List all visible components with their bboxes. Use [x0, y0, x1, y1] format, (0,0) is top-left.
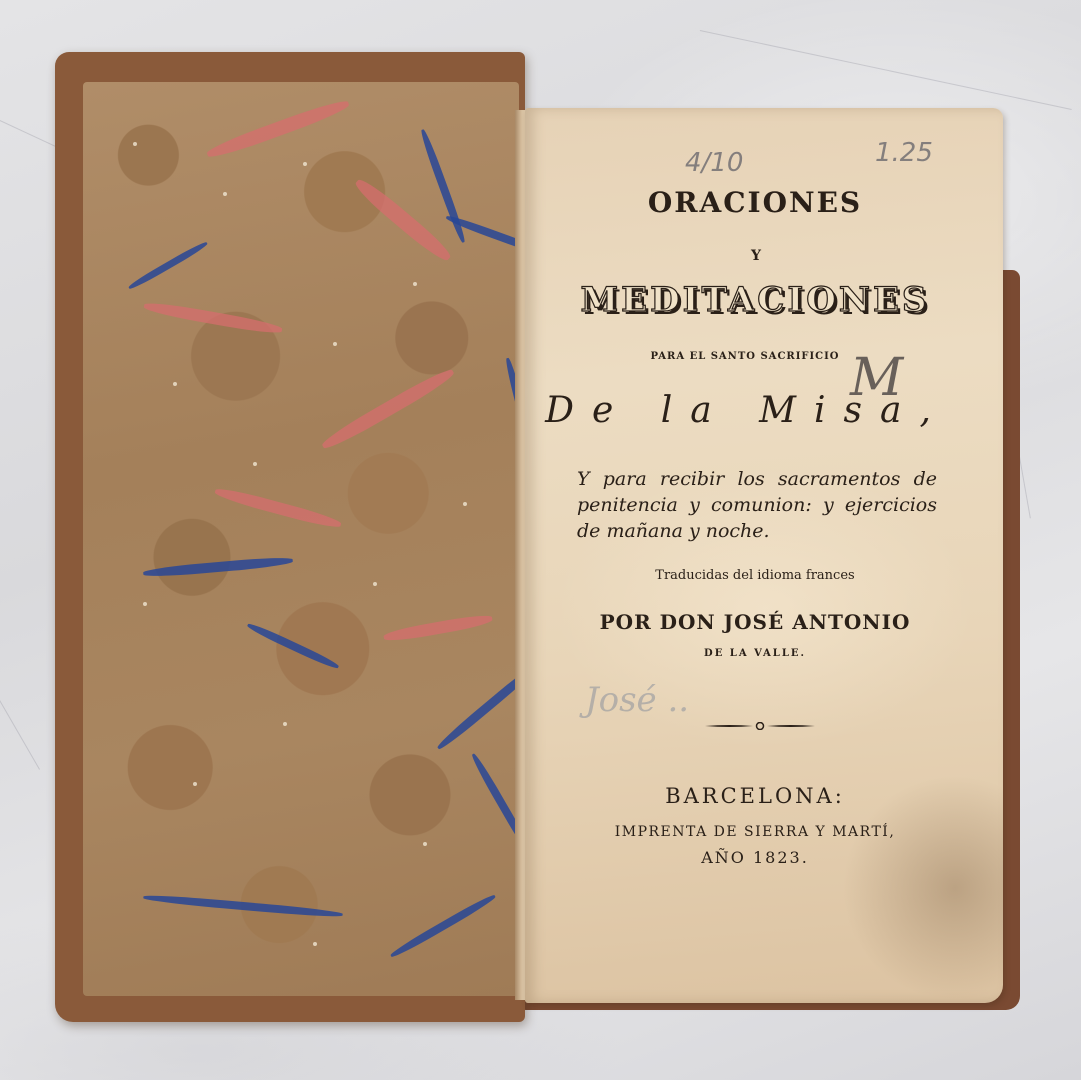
front-board-leather: [55, 52, 525, 1022]
description-text: Y para recibir los sacramentos de penite…: [577, 466, 937, 544]
imprint-printer: IMPRENTA DE SIERRA Y MARTÍ,: [525, 824, 985, 840]
antique-book: 4/10 1.25 ORACIONES Y MEDITACIONES PARA …: [0, 0, 1081, 1080]
title-line-1: ORACIONES: [525, 186, 985, 219]
marbled-endpaper: [83, 82, 519, 996]
title-conjunction: Y: [525, 248, 987, 264]
imprint-place: BARCELONA:: [525, 784, 985, 808]
handwritten-initial: M: [850, 348, 903, 408]
translation-note: Traducidas del idioma frances: [525, 568, 985, 583]
author-line-1: POR DON JOSÉ ANTONIO: [525, 610, 985, 634]
title-line-2: MEDITACIONES: [525, 280, 985, 320]
pencil-note-left: 4/10: [685, 148, 743, 178]
imprint-year: AÑO 1823.: [525, 848, 985, 867]
handwritten-signature: José ..: [585, 680, 689, 720]
title-page-text: 4/10 1.25 ORACIONES Y MEDITACIONES PARA …: [525, 108, 1003, 1003]
ornament-rule-icon: [705, 722, 815, 730]
pencil-note-right: 1.25: [875, 138, 933, 168]
subtitle-script: De la Misa,: [517, 390, 977, 431]
author-line-2: DE LA VALLE.: [525, 648, 985, 659]
